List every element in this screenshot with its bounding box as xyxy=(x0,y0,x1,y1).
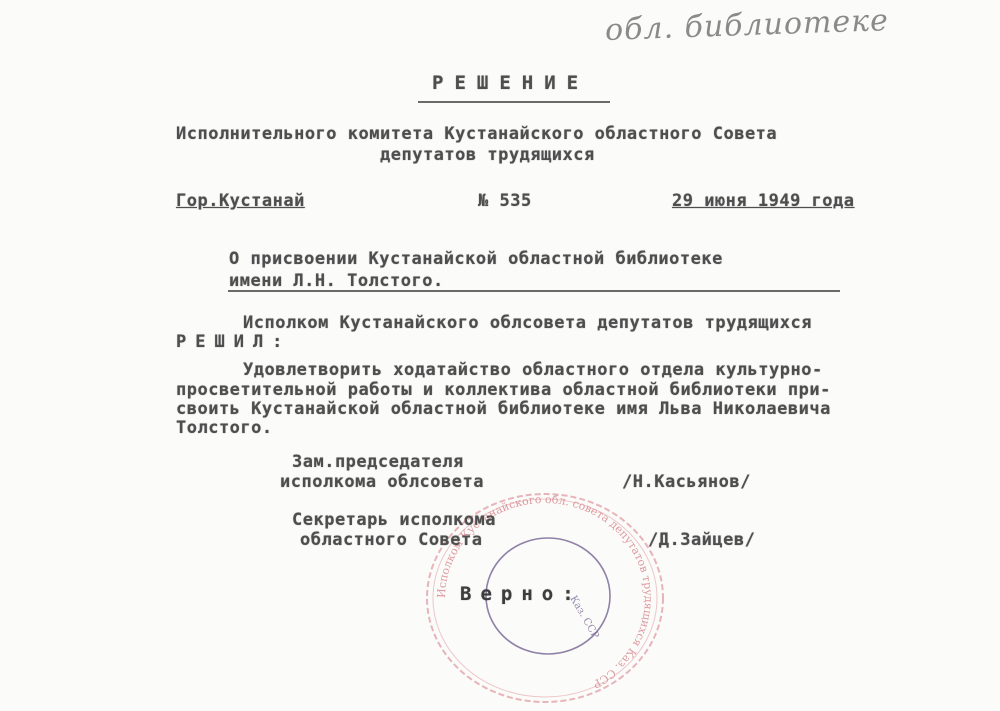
signature-1-name: /Н.Касьянов/ xyxy=(622,472,751,492)
preamble: Исполком Кустанайского облсовета депутат… xyxy=(243,313,812,333)
handwritten-note: обл. библиотеке xyxy=(604,3,889,48)
title-underline xyxy=(418,101,610,103)
body-line: Толстого. xyxy=(176,418,273,438)
signature-1-role-line-2: исполкома облсовета xyxy=(280,472,484,492)
resolved-label: РЕШИЛ: xyxy=(176,332,291,352)
body-line: Удовлетворить ходатайство областного отд… xyxy=(243,360,823,380)
issuer-line-2: депутатов трудящихся xyxy=(380,145,595,165)
certification-mark: Верно: xyxy=(460,583,583,605)
body-line: своить Кустанайской областной библиотеке… xyxy=(176,399,831,419)
decision-date: 29 июня 1949 года xyxy=(672,191,855,211)
city: Гор.Кустанай xyxy=(176,191,305,211)
document-page: обл. библиотеке РЕШЕНИЕ Исполнительного … xyxy=(0,0,1000,711)
issuer-line-1: Исполнительного комитета Кустанайского о… xyxy=(176,124,777,144)
signature-2-role-line-2: областного Совета xyxy=(300,530,483,550)
body-line: просветительной работы и коллектива обла… xyxy=(176,380,831,400)
signature-1-role-line-1: Зам.председателя xyxy=(292,452,464,472)
signature-2-name: /Д.Зайцев/ xyxy=(648,530,755,550)
subject-line-2: имени Л.Н. Толстого. xyxy=(229,271,444,291)
signature-2-role-line-1: Секретарь исполкома xyxy=(292,510,496,530)
decision-number: № 535 xyxy=(478,191,532,211)
document-title: РЕШЕНИЕ xyxy=(432,72,589,94)
subject-line-1: О присвоении Кустанайской областной библ… xyxy=(229,249,723,269)
subject-underline xyxy=(228,290,840,292)
